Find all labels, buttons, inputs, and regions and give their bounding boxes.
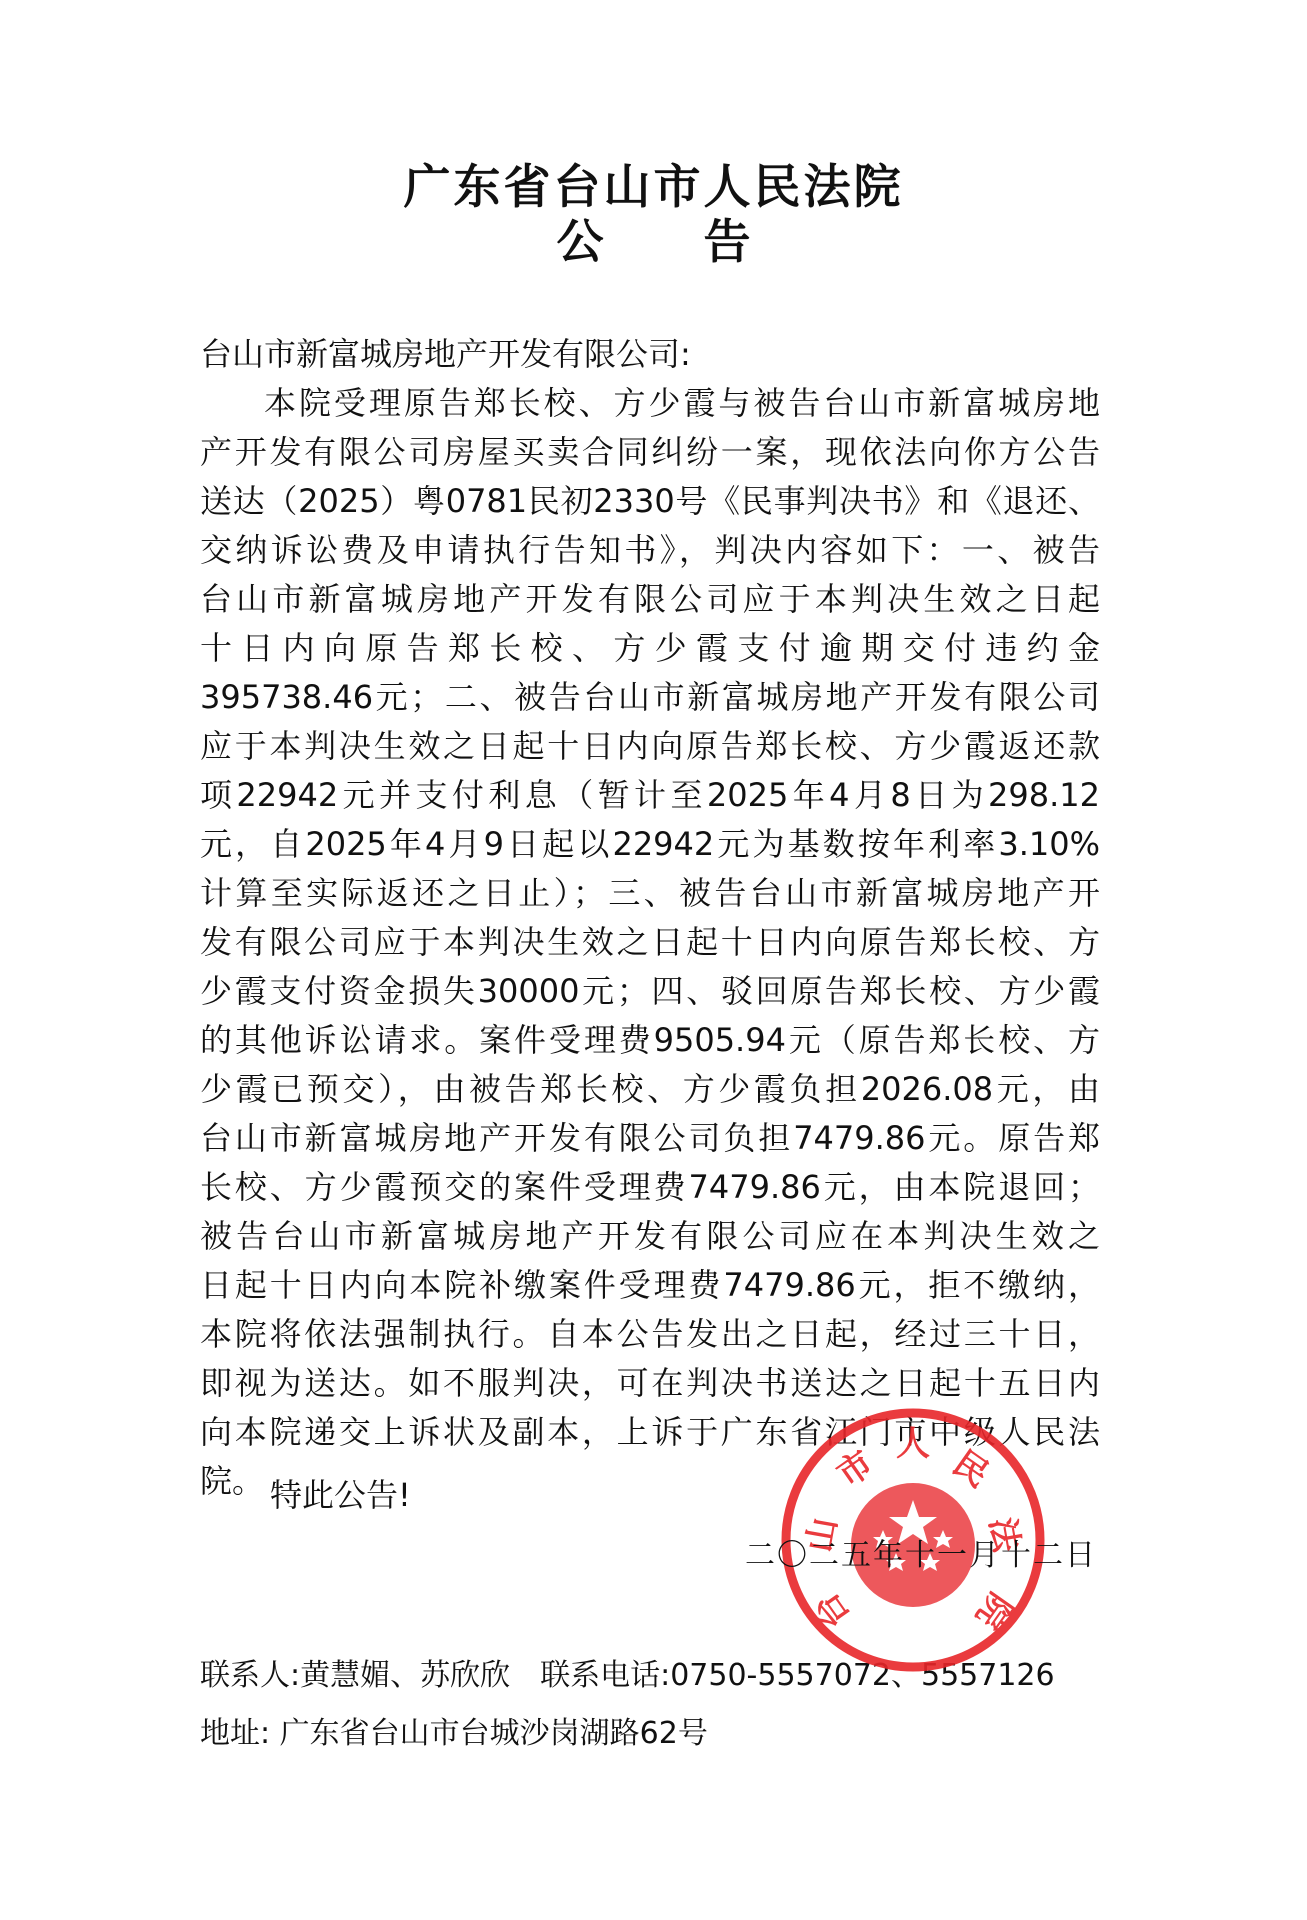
closing-statement: 特此公告!: [270, 1470, 411, 1516]
body-line: 台山市新富城房地产开发有限公司负担7479.86元。原告郑: [200, 1114, 1100, 1163]
doc-type-char: 公: [557, 205, 604, 272]
body-line: 日起十日内向本院补缴案件受理费7479.86元，拒不缴纳，: [200, 1261, 1100, 1310]
body-line: 应于本判决生效之日起十日内向原告郑长校、方少霞返还款: [200, 722, 1100, 771]
body-line: 本院将依法强制执行。自本公告发出之日起，经过三十日，: [200, 1310, 1100, 1359]
body-line: 少霞支付资金损失30000元；四、驳回原告郑长校、方少霞: [200, 967, 1100, 1016]
body-line: 长校、方少霞预交的案件受理费7479.86元，由本院退回；: [200, 1163, 1100, 1212]
doc-type-char: 告: [704, 205, 751, 272]
document-type-heading: 公告: [0, 205, 1307, 272]
addressee: 台山市新富城房地产开发有限公司:: [200, 330, 1100, 379]
svg-text:台: 台: [806, 1585, 858, 1636]
notice-body: 台山市新富城房地产开发有限公司: 本院受理原告郑长校、方少霞与被告台山市新富城房…: [200, 330, 1100, 1506]
body-line: 395738.46元；二、被告台山市新富城房地产开发有限公司: [200, 673, 1100, 722]
body-line: 的其他诉讼请求。案件受理费9505.94元（原告郑长校、方: [200, 1016, 1100, 1065]
svg-text:人: 人: [896, 1424, 930, 1464]
issue-date: 二〇二五年十一月十二日: [745, 1530, 1097, 1574]
svg-text:民: 民: [945, 1443, 996, 1495]
body-line: 少霞已预交），由被告郑长校、方少霞负担2026.08元，由: [200, 1065, 1100, 1114]
body-line: 元，自2025年4月9日起以22942元为基数按年利率3.10%: [200, 820, 1100, 869]
body-line: 台山市新富城房地产开发有限公司应于本判决生效之日起: [200, 575, 1100, 624]
svg-text:院: 院: [968, 1585, 1020, 1636]
body-line: 本院受理原告郑长校、方少霞与被告台山市新富城房地: [200, 379, 1100, 428]
body-line: 产开发有限公司房屋买卖合同纠纷一案，现依法向你方公告: [200, 428, 1100, 477]
body-line: 交纳诉讼费及申请执行告知书》，判决内容如下：一、被告: [200, 526, 1100, 575]
body-line: 项22942元并支付利息（暂计至2025年4月8日为298.12: [200, 771, 1100, 820]
body-line: 被告台山市新富城房地产开发有限公司应在本判决生效之: [200, 1212, 1100, 1261]
svg-text:市: 市: [830, 1443, 881, 1495]
court-address: 地址: 广东省台山市台城沙岗湖路62号: [200, 1708, 708, 1752]
body-line: 送达（2025）粤0781民初2330号《民事判决书》和《退还、: [200, 477, 1100, 526]
body-line: 发有限公司应于本判决生效之日起十日内向原告郑长校、方: [200, 918, 1100, 967]
body-line: 即视为送达。如不服判决，可在判决书送达之日起十五日内: [200, 1359, 1100, 1408]
body-line: 十日内向原告郑长校、方少霞支付逾期交付违约金: [200, 624, 1100, 673]
body-line: 计算至实际返还之日止）；三、被告台山市新富城房地产开: [200, 869, 1100, 918]
